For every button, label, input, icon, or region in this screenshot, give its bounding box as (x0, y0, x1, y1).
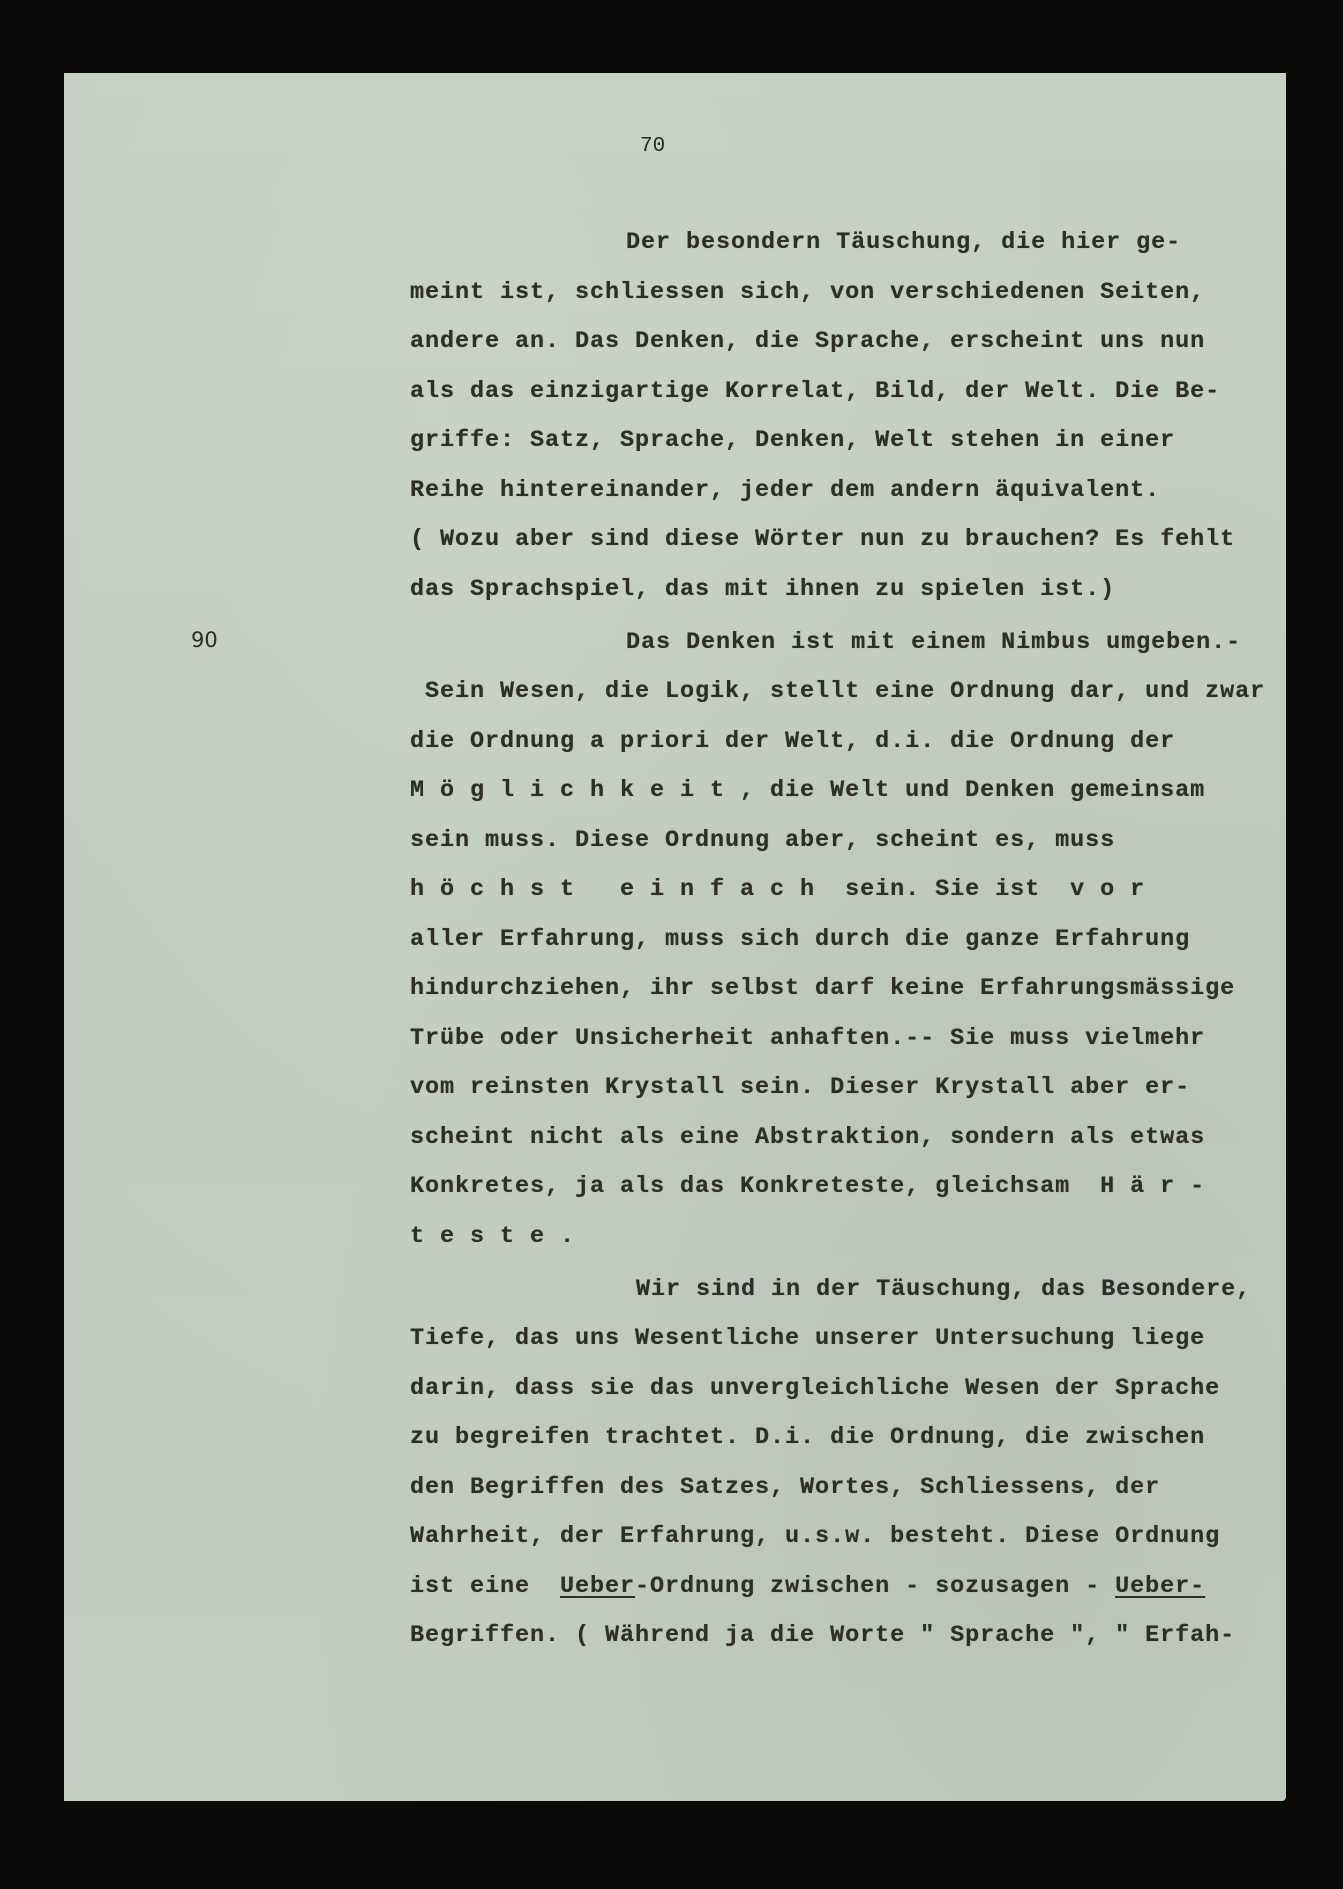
text-line: zu begreifen trachtet. D.i. die Ordnung,… (410, 1420, 1290, 1470)
text-line: das Sprachspiel, das mit ihnen zu spiele… (410, 572, 1290, 622)
text-line: den Begriffen des Satzes, Wortes, Schlie… (410, 1470, 1290, 1520)
text-line: h ö c h s t e i n f a c h sein. Sie ist … (410, 872, 1290, 922)
text-line-underlined: ist eine Ueber-Ordnung zwischen - sozusa… (410, 1569, 1290, 1619)
text-line: Tiefe, das uns Wesentliche unserer Unter… (410, 1321, 1290, 1371)
text-line: M ö g l i c h k e i t , die Welt und Den… (410, 773, 1290, 823)
text-line: sein muss. Diese Ordnung aber, scheint e… (410, 823, 1290, 873)
text-line: vom reinsten Krystall sein. Dieser Kryst… (410, 1070, 1290, 1120)
text-line: Reihe hintereinander, jeder dem andern ä… (410, 473, 1290, 523)
text-line: die Ordnung a priori der Welt, d.i. die … (410, 724, 1290, 774)
text-line: Sein Wesen, die Logik, stellt eine Ordnu… (410, 674, 1290, 724)
text-line: Begriffen. ( Während ja die Worte " Spra… (410, 1618, 1290, 1668)
text-line: andere an. Das Denken, die Sprache, ersc… (410, 324, 1290, 374)
text-line: aller Erfahrung, muss sich durch die gan… (410, 922, 1290, 972)
text-line: Konkretes, ja als das Konkreteste, gleic… (410, 1169, 1290, 1219)
text-line: t e s t e . (410, 1219, 1290, 1269)
text-line: scheint nicht als eine Abstraktion, sond… (410, 1120, 1290, 1170)
text-line: als das einzigartige Korrelat, Bild, der… (410, 374, 1290, 424)
text-line: Wahrheit, der Erfahrung, u.s.w. besteht.… (410, 1519, 1290, 1569)
text-line: meint ist, schliessen sich, von verschie… (410, 275, 1290, 325)
text-line: Trübe oder Unsicherheit anhaften.-- Sie … (410, 1021, 1290, 1071)
underlined-word: Ueber (560, 1573, 635, 1600)
page-number: 70 (640, 135, 665, 158)
text-line: Das Denken ist mit einem Nimbus umgeben.… (386, 621, 1290, 674)
text-line: darin, dass sie das unvergleichliche Wes… (410, 1371, 1290, 1421)
text-line: ( Wozu aber sind diese Wörter nun zu bra… (410, 522, 1290, 572)
typewritten-body: Der besondern Täuschung, die hier ge- me… (410, 225, 1290, 1668)
margin-remark-number: 90 (191, 628, 218, 652)
text-segment: -Ordnung zwischen - sozusagen - (635, 1573, 1115, 1600)
text-line: griffe: Satz, Sprache, Denken, Welt steh… (410, 423, 1290, 473)
text-segment: ist eine (410, 1573, 560, 1600)
text-line: Wir sind in der Täuschung, das Besondere… (396, 1268, 1290, 1321)
underlined-word: Ueber- (1115, 1573, 1205, 1600)
text-line: hindurchziehen, ihr selbst darf keine Er… (410, 971, 1290, 1021)
text-line: Der besondern Täuschung, die hier ge- (386, 225, 1290, 275)
